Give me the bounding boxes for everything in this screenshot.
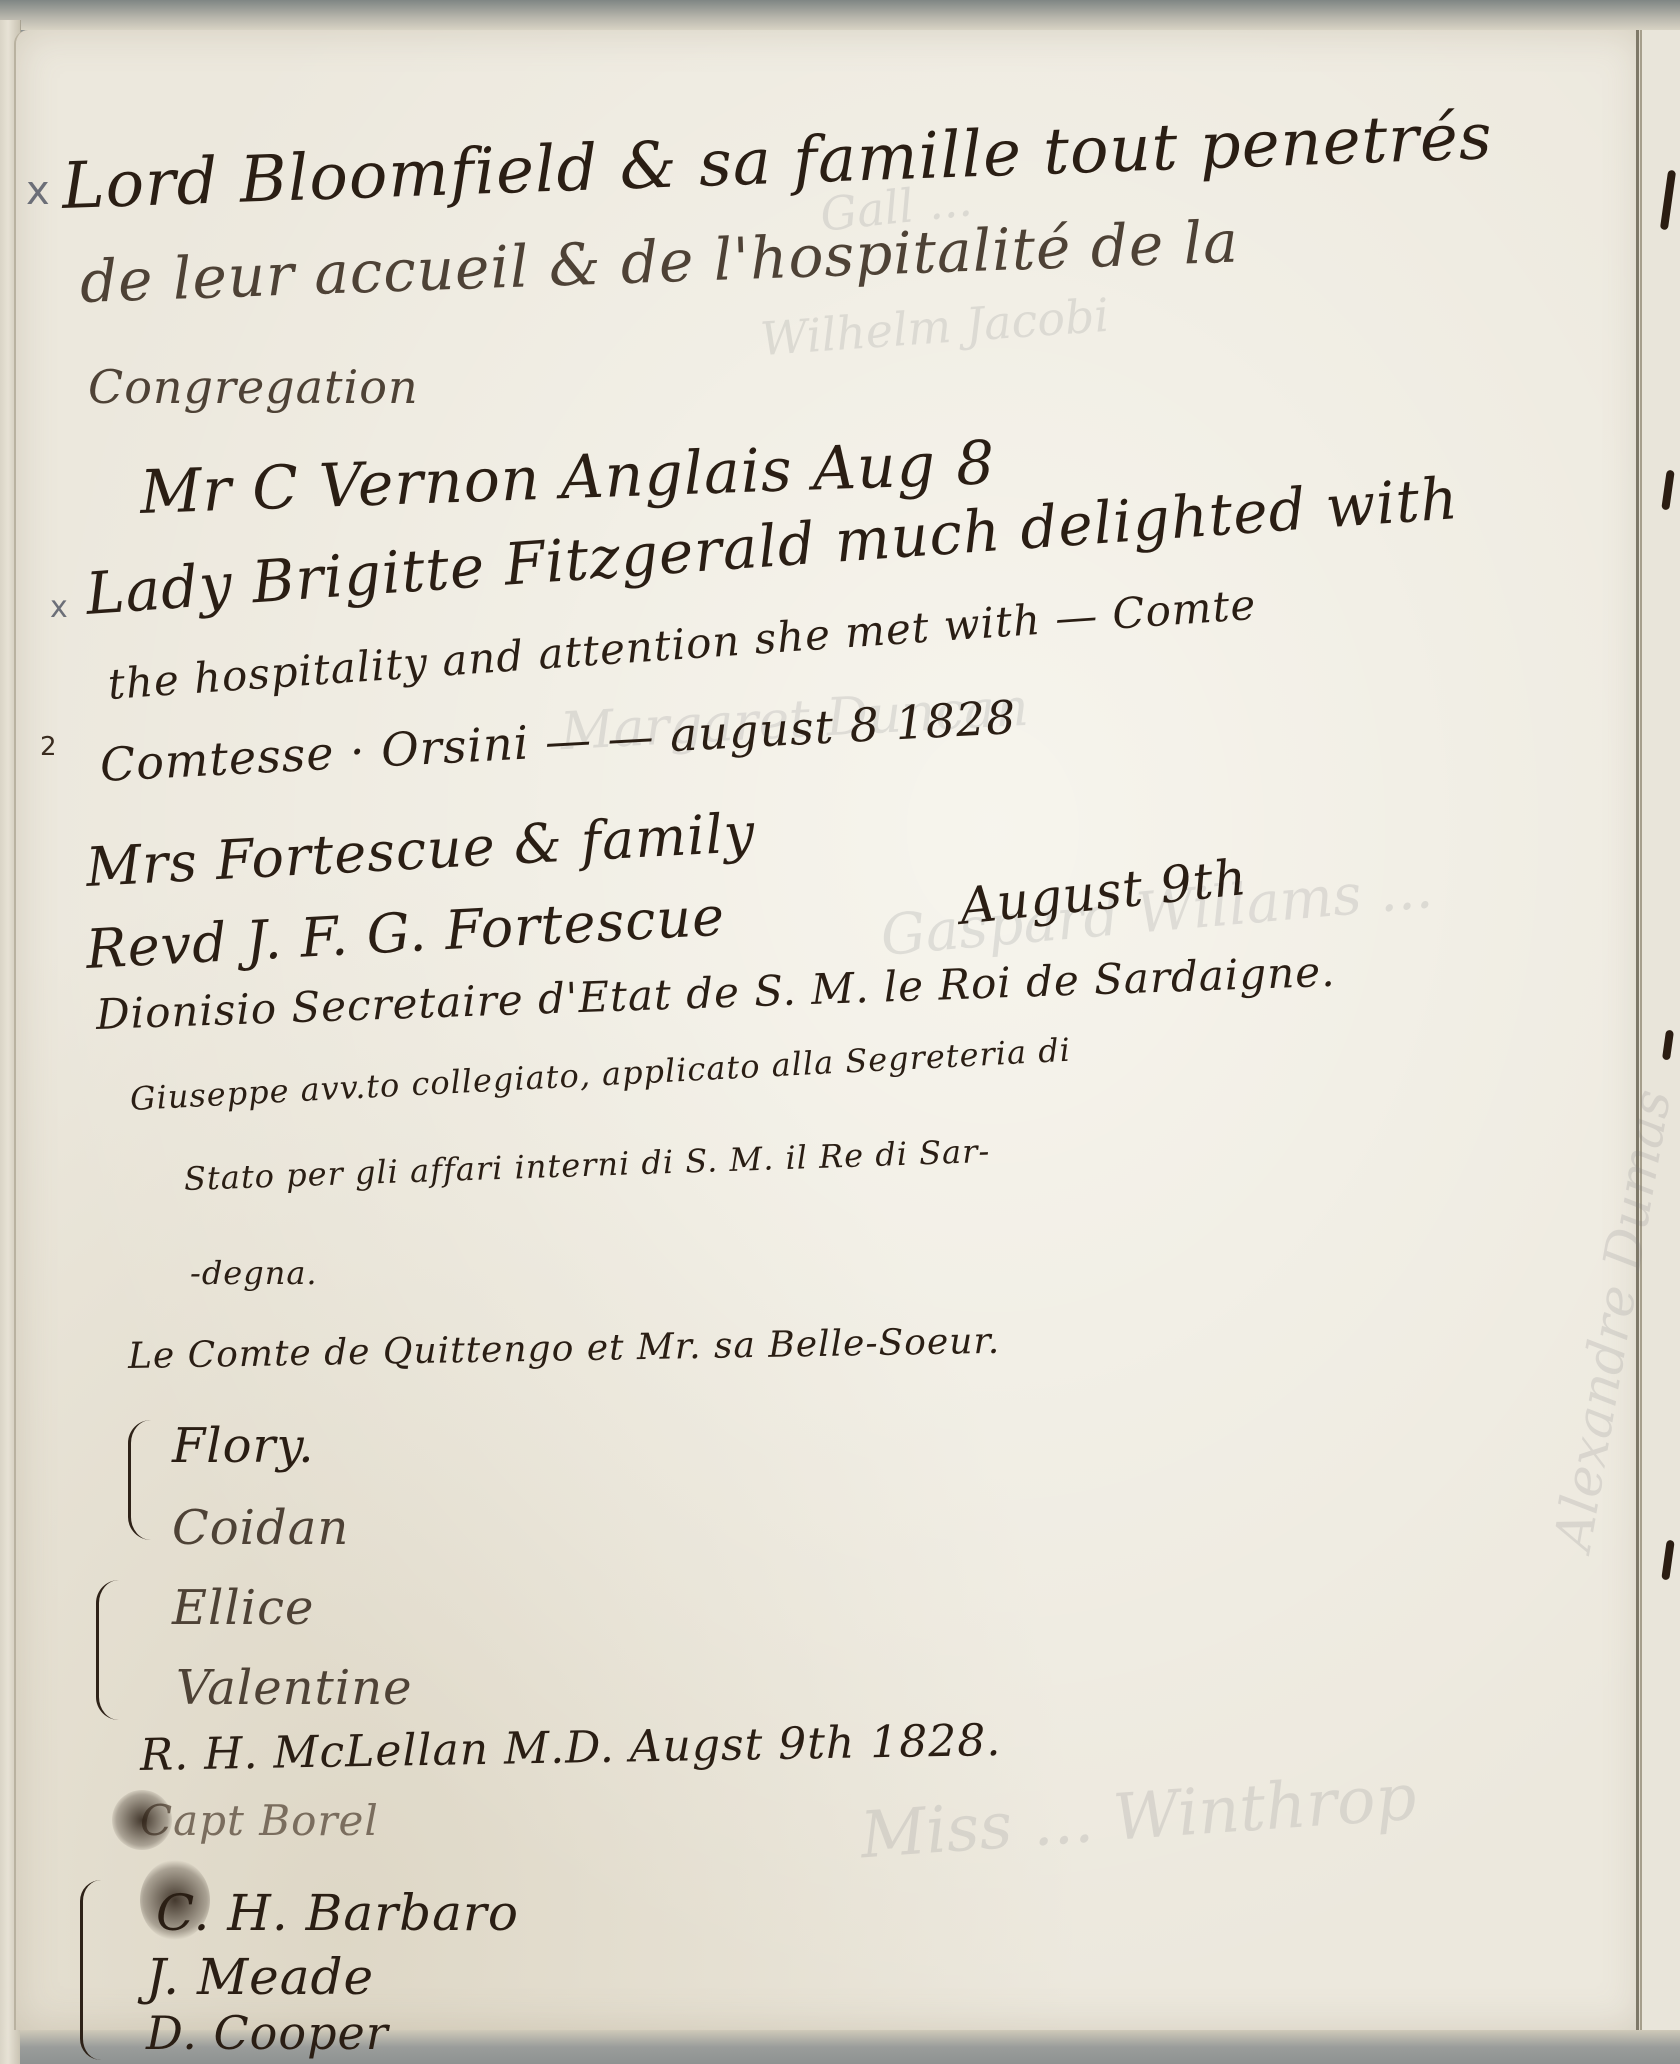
margin-mark-x: x — [50, 590, 68, 625]
entry-line: C. H. Barbaro — [156, 1884, 519, 1942]
ink-stroke — [1660, 170, 1676, 231]
margin-mark-number: 2 — [40, 732, 57, 762]
entry-line: Coidan — [172, 1500, 349, 1556]
bracket — [96, 1580, 119, 1720]
binding-gutter — [1636, 30, 1639, 2040]
entry-line: D. Cooper — [146, 2006, 389, 2060]
bracket — [128, 1420, 151, 1540]
entry-line: -degna. — [190, 1254, 318, 1292]
ink-stroke — [1661, 1540, 1674, 1581]
book-top-edge — [0, 0, 1680, 30]
ink-blot — [112, 1790, 172, 1850]
facing-page-edge — [1640, 30, 1680, 2040]
ink-stroke — [1662, 1030, 1674, 1061]
entry-line: Valentine — [176, 1660, 413, 1716]
entry-line: Congregation — [88, 360, 419, 414]
entry-line: J. Meade — [146, 1948, 374, 2006]
margin-mark-x: x — [26, 168, 50, 214]
bracket — [80, 1880, 101, 2060]
ink-stroke — [1661, 470, 1674, 511]
entry-line: Capt Borel — [140, 1796, 379, 1845]
entry-line: Ellice — [172, 1580, 314, 1636]
entry-line: Flory. — [172, 1418, 315, 1474]
